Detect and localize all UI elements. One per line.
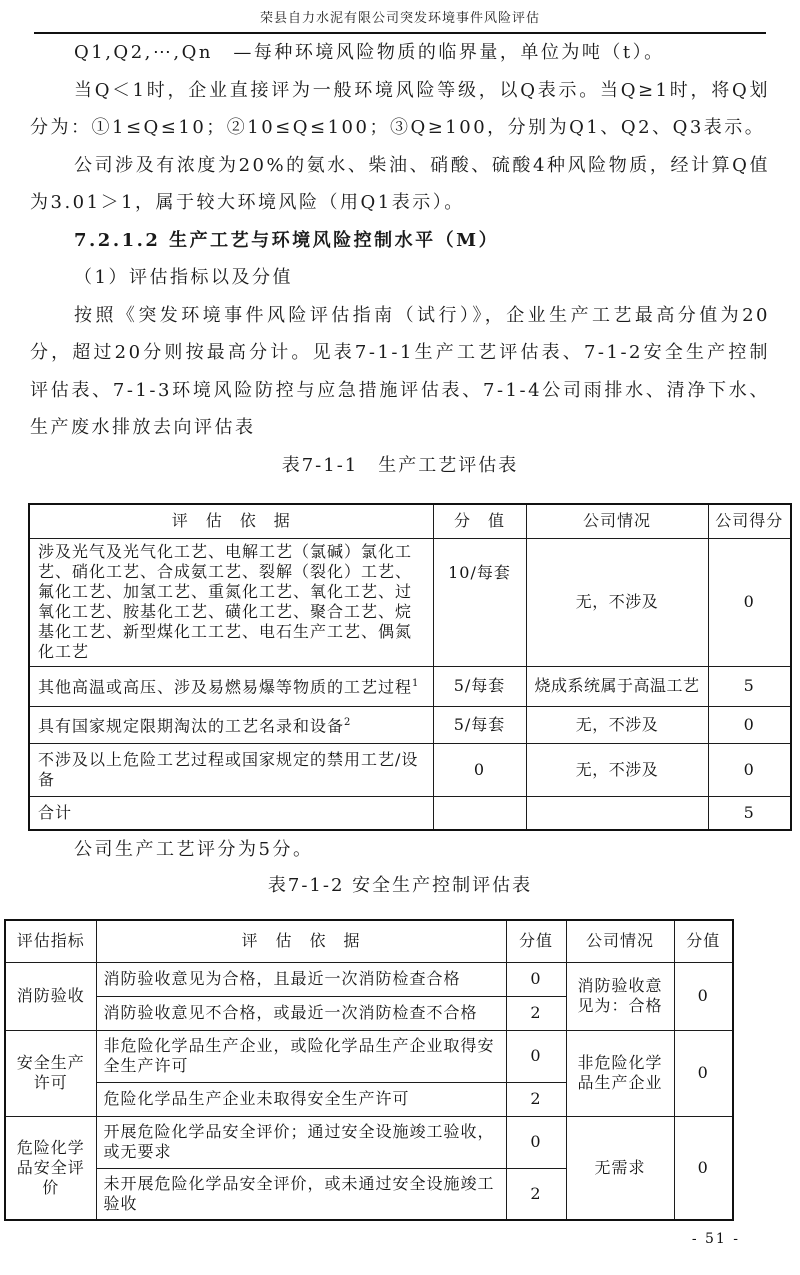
situation-cell: 无需求 [566, 1116, 674, 1220]
basis-cell: 涉及光气及光气化工艺、电解工艺（氯碱）氯化工艺、硝化工艺、合成氨工艺、裂解（裂化… [29, 538, 433, 666]
points-cell: 0 [708, 538, 791, 666]
score-cell: 5/每套 [433, 666, 526, 706]
paragraph-company-risk: 公司涉及有浓度为20%的氨水、柴油、硝酸、硫酸4种风险物质，经计算Q值为3.01… [30, 147, 770, 222]
table1-header-row: 评 估 依 据 分 值 公司情况 公司得分 [29, 504, 791, 539]
table2-row: 危险化学品安全评价 开展危险化学品安全评价；通过安全设施竣工验收，或无要求 0 … [5, 1116, 733, 1168]
basis-cell: 其他高温或高压、涉及易燃易爆等物质的工艺过程1 [29, 666, 433, 706]
paragraph-guideline: 按照《突发环境事件风险评估指南（试行）》，企业生产工艺最高分值为20分，超过20… [30, 297, 770, 447]
basis-cell: 消防验收意见不合格，或最近一次消防检查不合格 [96, 996, 506, 1030]
basis-cell: 非危险化学品生产企业，或险化学品生产企业取得安全生产许可 [96, 1030, 506, 1082]
footnote-ref-2: 2 [344, 717, 350, 728]
table1-row: 具有国家规定限期淘汰的工艺名录和设备2 5/每套 无，不涉及 0 [29, 706, 791, 743]
points-cell: 0 [674, 1116, 733, 1220]
situation-cell: 无，不涉及 [526, 706, 708, 743]
total-label-cell: 合计 [29, 796, 433, 830]
score-cell: 0 [506, 962, 566, 996]
table2-header-situation: 公司情况 [566, 920, 674, 963]
basis-cell: 不涉及以上危险工艺过程或国家规定的禁用工艺/设备 [29, 743, 433, 796]
score-cell: 5/每套 [433, 706, 526, 743]
situation-cell: 非危险化学品生产企业 [566, 1030, 674, 1116]
table-7-1-1: 评 估 依 据 分 值 公司情况 公司得分 涉及光气及光气化工艺、电解工艺（氯碱… [28, 503, 792, 832]
basis-cell: 开展危险化学品安全评价；通过安全设施竣工验收，或无要求 [96, 1116, 506, 1168]
table1-row: 涉及光气及光气化工艺、电解工艺（氯碱）氯化工艺、硝化工艺、合成氨工艺、裂解（裂化… [29, 538, 791, 666]
indicator-cell: 消防验收 [5, 962, 96, 1030]
points-cell: 0 [674, 1030, 733, 1116]
paragraph-q-critical: Q1,Q2,⋯,Qn —每种环境风险物质的临界量，单位为吨（t）。 [30, 34, 770, 72]
score-cell: 10/每套 [433, 538, 526, 666]
footnote-ref-1: 1 [412, 678, 418, 689]
table1-header-score: 分 值 [433, 504, 526, 539]
table2-row: 安全生产许可 非危险化学品生产企业，或险化学品生产企业取得安全生产许可 0 非危… [5, 1030, 733, 1082]
score-cell: 0 [433, 743, 526, 796]
score-cell: 0 [506, 1030, 566, 1082]
paragraph-q-classification: 当Q＜1时，企业直接评为一般环境风险等级，以Q表示。当Q≥1时，将Q划分为：①1… [30, 72, 770, 147]
situation-cell: 烧成系统属于高温工艺 [526, 666, 708, 706]
basis-cell: 消防验收意见为合格，且最近一次消防检查合格 [96, 962, 506, 996]
basis-cell: 未开展危险化学品安全评价，或未通过安全设施竣工验收 [96, 1168, 506, 1220]
points-cell: 5 [708, 666, 791, 706]
table2-header-indicator: 评估指标 [5, 920, 96, 963]
paragraph-process-score: 公司生产工艺评分为5分。 [30, 831, 770, 869]
score-cell [433, 796, 526, 830]
situation-cell: 无，不涉及 [526, 538, 708, 666]
section-heading-7212: 7.2.1.2 生产工艺与环境风险控制水平（M） [30, 222, 770, 260]
situation-cell: 无，不涉及 [526, 743, 708, 796]
paragraph-eval-index: （1）评估指标以及分值 [30, 259, 770, 297]
table2-header-basis: 评 估 依 据 [96, 920, 506, 963]
points-cell: 5 [708, 796, 791, 830]
indicator-cell: 危险化学品安全评价 [5, 1116, 96, 1220]
table1-header-situation: 公司情况 [526, 504, 708, 539]
document-page: 荣县自力水泥有限公司突发环境事件风险评估 Q1,Q2,⋯,Qn —每种环境风险物… [0, 0, 800, 1275]
score-cell: 0 [506, 1116, 566, 1168]
basis-cell: 具有国家规定限期淘汰的工艺名录和设备2 [29, 706, 433, 743]
score-cell: 2 [506, 1168, 566, 1220]
situation-cell [526, 796, 708, 830]
points-cell: 0 [674, 962, 733, 1030]
score-cell: 2 [506, 996, 566, 1030]
points-cell: 0 [708, 743, 791, 796]
basis-cell: 危险化学品生产企业未取得安全生产许可 [96, 1082, 506, 1116]
indicator-cell: 安全生产许可 [5, 1030, 96, 1116]
score-cell: 2 [506, 1082, 566, 1116]
table1-row: 不涉及以上危险工艺过程或国家规定的禁用工艺/设备 0 无，不涉及 0 [29, 743, 791, 796]
table2-header-score: 分值 [506, 920, 566, 963]
table1-header-basis: 评 估 依 据 [29, 504, 433, 539]
table2-row: 消防验收 消防验收意见为合格，且最近一次消防检查合格 0 消防验收意见为：合格 … [5, 962, 733, 996]
table1-row: 其他高温或高压、涉及易燃易爆等物质的工艺过程1 5/每套 烧成系统属于高温工艺 … [29, 666, 791, 706]
table-7-1-2: 评估指标 评 估 依 据 分值 公司情况 分值 消防验收 消防验收意见为合格，且… [4, 919, 734, 1222]
page-header-title: 荣县自力水泥有限公司突发环境事件风险评估 [0, 0, 800, 26]
table2-header-row: 评估指标 评 估 依 据 分值 公司情况 分值 [5, 920, 733, 963]
table2-header-points: 分值 [674, 920, 733, 963]
table1-total-row: 合计 5 [29, 796, 791, 830]
points-cell: 0 [708, 706, 791, 743]
situation-cell: 消防验收意见为：合格 [566, 962, 674, 1030]
document-body: Q1,Q2,⋯,Qn —每种环境风险物质的临界量，单位为吨（t）。 当Q＜1时，… [30, 34, 770, 1221]
table1-caption: 表7-1-1 生产工艺评估表 [30, 454, 770, 478]
table2-caption: 表7-1-2 安全生产控制评估表 [30, 874, 770, 898]
page-number: - 51 - [692, 1231, 740, 1247]
table1-header-points: 公司得分 [708, 504, 791, 539]
